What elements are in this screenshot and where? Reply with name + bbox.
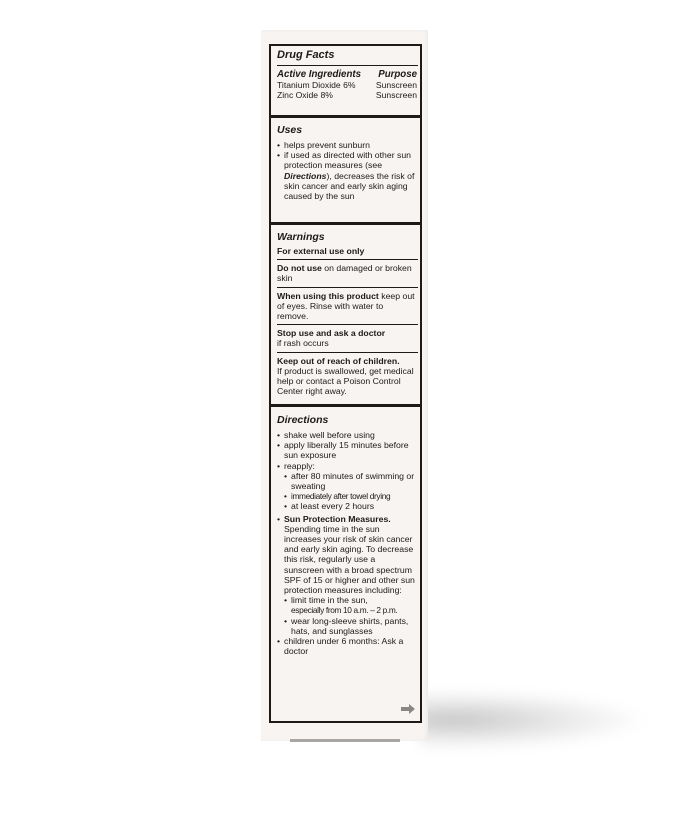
do-not-use-text: Do not use on damaged or broken skin	[277, 263, 417, 283]
external-use-text: For external use only	[277, 246, 417, 256]
warnings-section: Warnings For external use only Do not us…	[271, 231, 420, 396]
sun-protection-item: Sun Protection Measures.Spending time in…	[277, 514, 417, 596]
ingredient-name: Zinc Oxide 8%	[277, 91, 333, 101]
divider	[277, 287, 418, 288]
keep-out-text: Keep out of reach of children.If product…	[277, 356, 417, 397]
box-bottom-edge	[290, 739, 400, 742]
uses-section: Uses helps prevent sunburn if used as di…	[271, 124, 420, 201]
directions-subitem: immediately after towel drying	[284, 491, 417, 501]
ingredient-row: Zinc Oxide 8% Sunscreen	[277, 91, 417, 101]
divider	[277, 352, 418, 353]
uses-title: Uses	[277, 124, 417, 137]
uses-item: if used as directed with other sun prote…	[277, 150, 417, 201]
directions-subitem: wear long-sleeve shirts, pants, hats, an…	[284, 616, 417, 636]
directions-item: apply liberally 15 minutes before sun ex…	[277, 440, 417, 460]
uses-item: helps prevent sunburn	[277, 140, 417, 150]
arrow-right-icon	[401, 704, 415, 714]
section-divider	[271, 115, 420, 118]
directions-item: children under 6 months: Ask a doctor	[277, 636, 417, 656]
directions-section: Directions shake well before using apply…	[271, 414, 420, 656]
divider	[277, 259, 418, 260]
box-shadow	[420, 690, 650, 750]
directions-subitem: limit time in the sun,especially from 10…	[284, 595, 417, 615]
directions-subitem: after 80 minutes of swimming or sweating	[284, 471, 417, 491]
directions-subitem: at least every 2 hours	[284, 501, 417, 511]
when-using-text: When using this product keep out of eyes…	[277, 291, 417, 322]
divider	[277, 65, 418, 66]
directions-title: Directions	[277, 414, 417, 427]
warnings-title: Warnings	[277, 231, 417, 244]
drug-facts-panel: Drug Facts Active Ingredients Purpose Ti…	[269, 44, 422, 723]
section-divider	[271, 404, 420, 407]
stop-use-text: Stop use and ask a doctorif rash occurs	[277, 328, 417, 348]
directions-item: reapply:	[277, 461, 417, 471]
ingredient-purpose: Sunscreen	[376, 91, 417, 101]
drug-facts-title: Drug Facts	[277, 48, 417, 62]
product-box: Drug Facts Active Ingredients Purpose Ti…	[261, 30, 428, 741]
divider	[277, 324, 418, 325]
active-ingredients-section: Drug Facts Active Ingredients Purpose Ti…	[271, 48, 420, 100]
directions-item: shake well before using	[277, 430, 417, 440]
section-divider	[271, 222, 420, 225]
